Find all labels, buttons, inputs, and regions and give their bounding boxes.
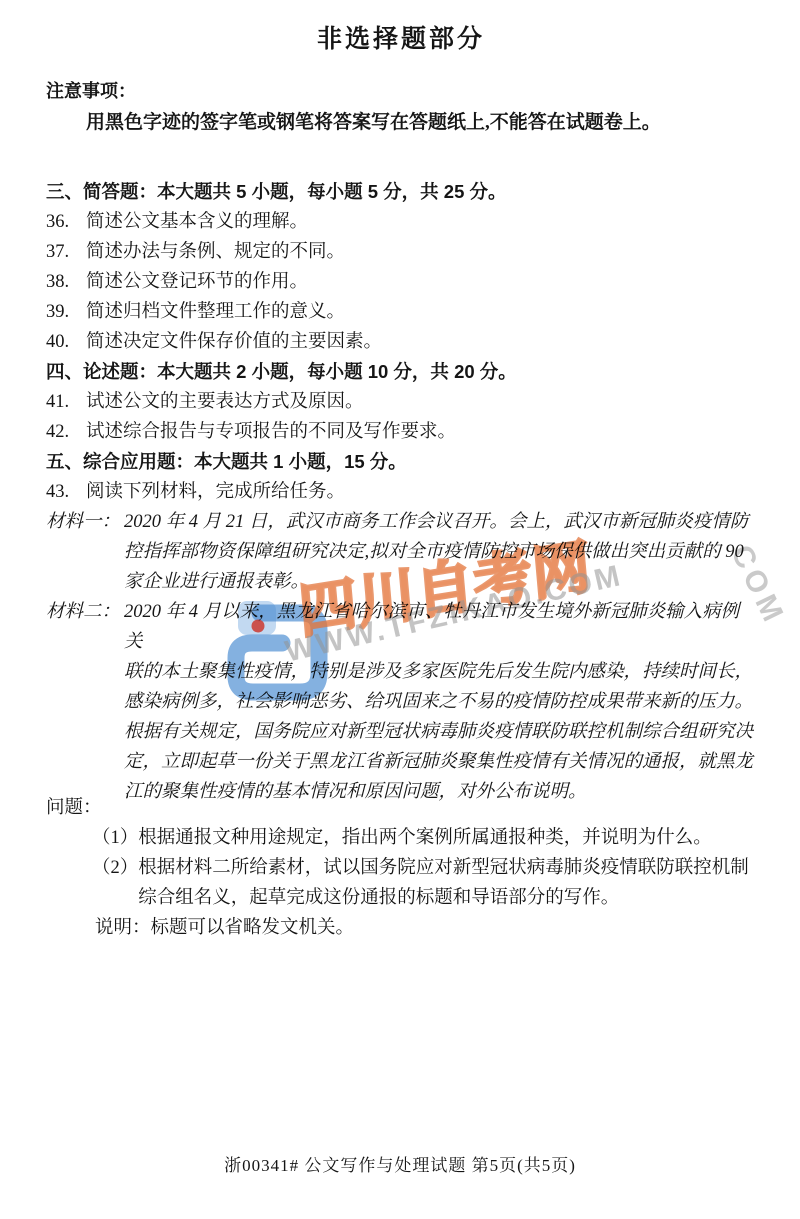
sub-question-2: （2） 根据材料二所给素材，试以国务院应对新型冠状病毒肺炎疫情联防联控机制 综合… <box>46 853 756 913</box>
question-area: 三、简答题：本大题共 5 小题，每小题 5 分，共 25 分。 36. 简述公文… <box>46 177 756 943</box>
material-2: 材料二： 2020 年 4 月以来，黑龙江省哈尔滨市、牡丹江市发生境外新冠肺炎输… <box>46 597 756 807</box>
page-footer: 浙00341# 公文写作与处理试题 第5页(共5页) <box>0 1155 800 1177</box>
question-number: 42. <box>46 417 86 447</box>
page-title: 非选择题部分 <box>46 25 756 53</box>
question-39: 39. 简述归档文件整理工作的意义。 <box>46 297 756 327</box>
question-text: 简述归档文件整理工作的意义。 <box>86 297 345 327</box>
question-36: 36. 简述公文基本含义的理解。 <box>46 207 756 237</box>
material-line: 联的本土聚集性疫情，特别是涉及多家医院先后发生院内感染，持续时间长， <box>124 657 756 687</box>
question-text: 阅读下列材料，完成所给任务。 <box>86 477 345 507</box>
material-line: 控指挥部物资保障组研究决定,拟对全市疫情防控市场保供做出突出贡献的 90 <box>124 537 756 567</box>
material-line: 感染病例多，社会影响恶劣、给巩固来之不易的疫情防控成果带来新的压力。 <box>124 687 756 717</box>
question-40: 40. 简述决定文件保存价值的主要因素。 <box>46 327 756 357</box>
material-line: 家企业进行通报表彰。 <box>124 567 756 597</box>
sub-question-text: 根据材料二所给素材，试以国务院应对新型冠状病毒肺炎疫情联防联控机制 综合组名义，… <box>138 853 749 913</box>
exam-content: 非选择题部分 注意事项： 用黑色字迹的签字笔或钢笔将答案写在答题纸上,不能答在试… <box>0 0 800 943</box>
question-text: 简述公文登记环节的作用。 <box>86 267 308 297</box>
sub-question-text: 根据通报文种用途规定，指出两个案例所属通报种类，并说明为什么。 <box>138 823 712 853</box>
sub-questions: 问题： （1） 根据通报文种用途规定，指出两个案例所属通报种类，并说明为什么。 … <box>46 793 756 943</box>
material-2-label: 材料二： <box>46 597 124 807</box>
question-text: 简述公文基本含义的理解。 <box>86 207 308 237</box>
section-3-header: 三、简答题：本大题共 5 小题，每小题 5 分，共 25 分。 <box>46 177 756 207</box>
question-42: 42. 试述综合报告与专项报告的不同及写作要求。 <box>46 417 756 447</box>
section-5-header: 五、综合应用题：本大题共 1 小题，15 分。 <box>46 447 756 477</box>
question-37: 37. 简述办法与条例、规定的不同。 <box>46 237 756 267</box>
question-number: 37. <box>46 237 86 267</box>
material-line: 根据有关规定，国务院应对新型冠状病毒肺炎疫情联防联控机制综合组研究决 <box>124 717 756 747</box>
exam-paper-page: { "doc": { "title": "非选择题部分", "notice": … <box>0 0 800 1219</box>
material-1-label: 材料一： <box>46 507 124 597</box>
question-text: 简述决定文件保存价值的主要因素。 <box>86 327 382 357</box>
sub-question-1: （1） 根据通报文种用途规定，指出两个案例所属通报种类，并说明为什么。 <box>46 823 756 853</box>
question-note: 说明：标题可以省略发文机关。 <box>46 913 756 943</box>
material-2-text: 2020 年 4 月以来，黑龙江省哈尔滨市、牡丹江市发生境外新冠肺炎输入病例关 … <box>124 597 756 807</box>
question-text: 简述办法与条例、规定的不同。 <box>86 237 345 267</box>
material-line: 江的聚集性疫情的基本情况和原因问题，对外公布说明。 <box>124 777 756 807</box>
material-line: 2020 年 4 月 21 日，武汉市商务工作会议召开。会上，武汉市新冠肺炎疫情… <box>124 507 756 537</box>
question-text: 试述综合报告与专项报告的不同及写作要求。 <box>86 417 456 447</box>
section-4-header: 四、论述题：本大题共 2 小题，每小题 10 分，共 20 分。 <box>46 357 756 387</box>
question-number: 40. <box>46 327 86 357</box>
question-38: 38. 简述公文登记环节的作用。 <box>46 267 756 297</box>
sub-question-marker: （2） <box>92 853 138 913</box>
question-number: 36. <box>46 207 86 237</box>
sub-question-line: 根据材料二所给素材，试以国务院应对新型冠状病毒肺炎疫情联防联控机制 <box>138 853 749 883</box>
notice-text: 用黑色字迹的签字笔或钢笔将答案写在答题纸上,不能答在试题卷上。 <box>46 112 756 133</box>
question-number: 38. <box>46 267 86 297</box>
sub-question-line: 根据通报文种用途规定，指出两个案例所属通报种类，并说明为什么。 <box>138 823 712 853</box>
material-line: 定，立即起草一份关于黑龙江省新冠肺炎聚集性疫情有关情况的通报，就黑龙 <box>124 747 756 777</box>
sub-question-marker: （1） <box>92 823 138 853</box>
notice-label: 注意事项： <box>46 81 756 101</box>
material-1: 材料一： 2020 年 4 月 21 日，武汉市商务工作会议召开。会上，武汉市新… <box>46 507 756 597</box>
question-text: 试述公文的主要表达方式及原因。 <box>86 387 364 417</box>
question-number: 39. <box>46 297 86 327</box>
question-43: 43. 阅读下列材料，完成所给任务。 <box>46 477 756 507</box>
question-41: 41. 试述公文的主要表达方式及原因。 <box>46 387 756 417</box>
sub-question-line: 综合组名义，起草完成这份通报的标题和导语部分的写作。 <box>138 883 749 913</box>
question-number: 41. <box>46 387 86 417</box>
question-number: 43. <box>46 477 86 507</box>
material-1-text: 2020 年 4 月 21 日，武汉市商务工作会议召开。会上，武汉市新冠肺炎疫情… <box>124 507 756 597</box>
material-line: 2020 年 4 月以来，黑龙江省哈尔滨市、牡丹江市发生境外新冠肺炎输入病例关 <box>124 597 756 657</box>
